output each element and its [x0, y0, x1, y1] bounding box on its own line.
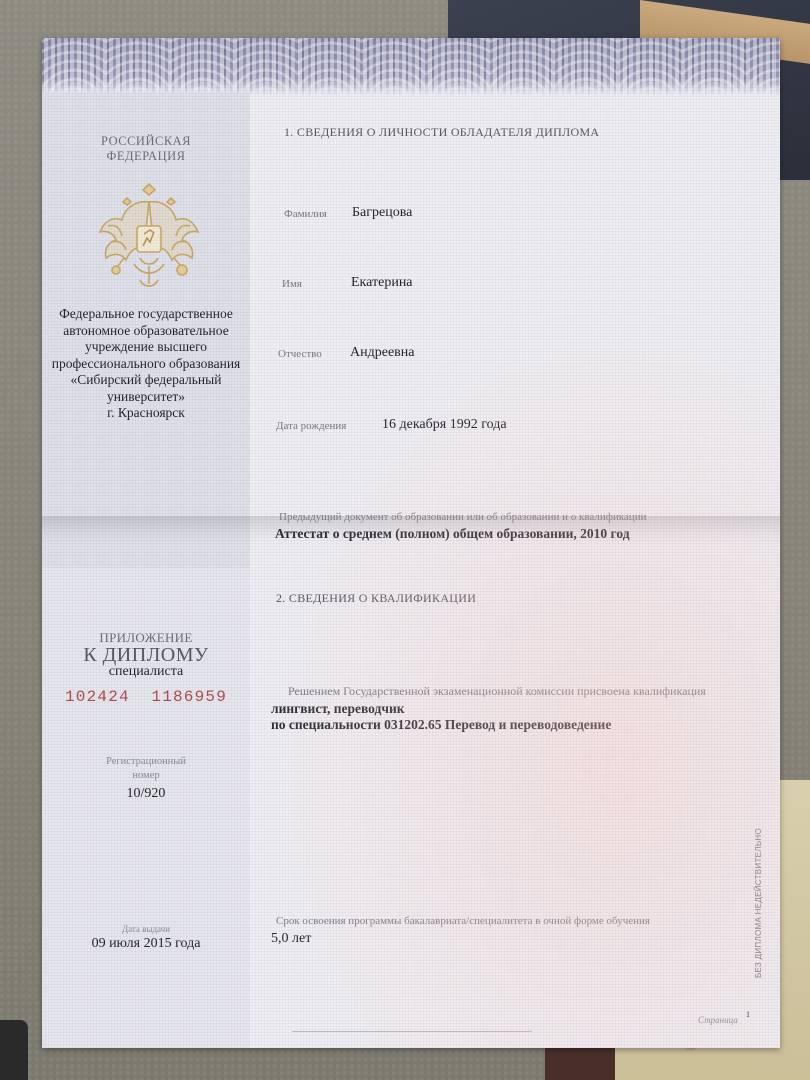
background-object	[545, 1045, 615, 1080]
surname-label: Фамилия	[284, 208, 327, 220]
name-value: Екатерина	[351, 275, 413, 291]
qualification-value: лингвист, переводчик	[271, 701, 405, 717]
section-1-title: 1. СВЕДЕНИЯ О ЛИЧНОСТИ ОБЛАДАТЕЛЯ ДИПЛОМ…	[284, 125, 599, 140]
diploma-appendix-sheet: РОССИЙСКАЯ ФЕДЕРАЦИЯ Федеральное государ…	[42, 38, 780, 1048]
serial-number: 102424 1186959	[42, 688, 250, 706]
page-label: Страница	[698, 1015, 738, 1025]
patronymic-label: Отчество	[278, 348, 322, 360]
specialty-value: по специальности 031202.65 Перевод и пер…	[271, 717, 611, 733]
organization-line: Федеральное государственное	[42, 306, 250, 323]
country-line-1: РОССИЙСКАЯ	[42, 134, 250, 149]
organization-line: университет»	[42, 389, 250, 406]
page-number: 1	[746, 1010, 750, 1019]
appendix-title-line-3: специалиста	[42, 664, 250, 680]
name-label: Имя	[282, 278, 302, 290]
qualification-label: Решением Государственной экзаменационной…	[288, 684, 706, 699]
registration-label-line-2: номер	[42, 769, 250, 783]
country-name: РОССИЙСКАЯ ФЕДЕРАЦИЯ	[42, 134, 250, 164]
birth-date-value: 16 декабря 1992 года	[382, 417, 507, 433]
previous-document-value: Аттестат о среднем (полном) общем образо…	[275, 526, 630, 542]
organization-name: Федеральное государственное автономное о…	[42, 306, 250, 422]
russian-coat-of-arms-icon	[94, 180, 204, 292]
registration-label-line-1: Регистрационный	[42, 755, 250, 769]
issue-date-label: Дата выдачи	[42, 924, 250, 934]
issue-date: 09 июля 2015 года	[42, 936, 250, 952]
study-duration-label: Срок освоения программы бакалавриата/спе…	[276, 915, 650, 927]
background-chair	[0, 1020, 28, 1080]
registration-number: 10/920	[42, 786, 250, 802]
study-duration-value: 5,0 лет	[271, 931, 311, 947]
organization-line: автономное образовательное	[42, 323, 250, 340]
patronymic-value: Андреевна	[350, 345, 414, 361]
section-2-title: 2. СВЕДЕНИЯ О КВАЛИФИКАЦИИ	[276, 591, 476, 606]
organization-city: г. Красноярск	[42, 405, 250, 422]
guilloche-border	[42, 38, 780, 96]
surname-value: Багрецова	[352, 205, 412, 221]
organization-line: «Сибирский федеральный	[42, 372, 250, 389]
birth-date-label: Дата рождения	[276, 420, 346, 432]
country-line-2: ФЕДЕРАЦИЯ	[42, 149, 250, 164]
organization-line: профессионального образования	[42, 356, 250, 373]
organization-line: учреждение высшего	[42, 339, 250, 356]
registration-number-label: Регистрационный номер	[42, 755, 250, 783]
stain-line	[292, 1031, 532, 1032]
previous-document-label: Предыдущий документ об образовании или о…	[279, 511, 646, 523]
invalid-without-diploma-note: БЕЗ ДИПЛОМА НЕДЕЙСТВИТЕЛЬНО	[754, 828, 763, 978]
